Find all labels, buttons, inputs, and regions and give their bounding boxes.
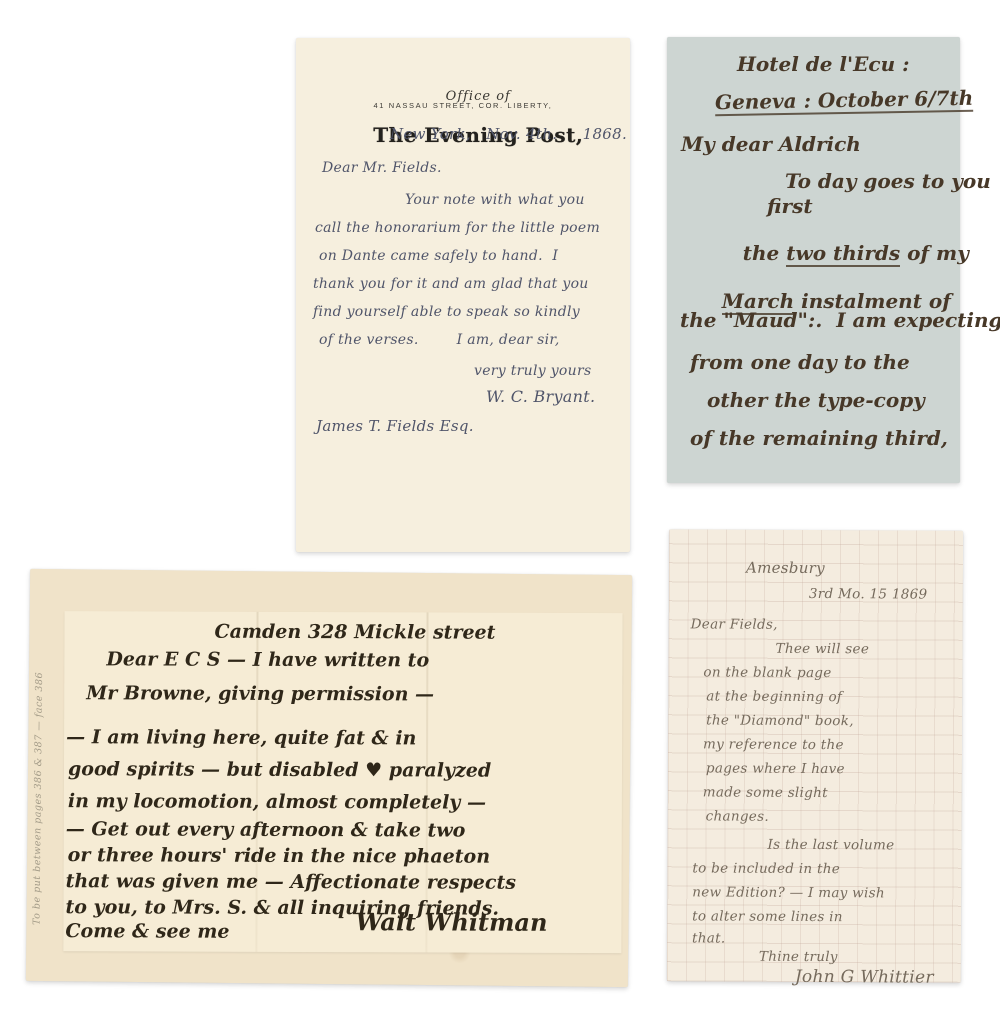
body-line: Come & see me <box>65 921 229 943</box>
heading-hotel: Hotel de l'Ecu : <box>737 53 909 76</box>
whitman-letter-sheet: Camden 328 Mickle street Dear E C S — I … <box>63 611 622 953</box>
heading-address: Camden 328 Mickle street <box>214 622 495 645</box>
whitman-letter-mount: To be put between pages 386 & 387 — face… <box>26 569 632 987</box>
body-line: — I am living here, quite fat & in <box>66 727 416 750</box>
salutation: My dear Aldrich <box>681 133 861 156</box>
closing: very truly yours <box>474 363 591 379</box>
body-line: To day goes to you <box>785 170 991 193</box>
body-line: in my locomotion, almost completely — <box>68 791 486 814</box>
body-line: the "Maud":. I am expecting <box>680 309 1000 332</box>
signature: John G Whittier <box>795 968 934 988</box>
body-line: my reference to the <box>703 737 844 753</box>
bryant-evening-post-letter: Office of The Evening Post, 41 NASSAU ST… <box>296 38 630 552</box>
body-line: pages where I have <box>706 761 845 777</box>
body-line: call the honorarium for the little poem <box>315 220 600 236</box>
body-line: on the blank page <box>703 665 831 681</box>
body-line: Dear E C S — I have written to <box>106 649 429 672</box>
body-line: Thee will see <box>776 642 870 658</box>
salutation: Dear Mr. Fields. <box>322 160 442 176</box>
body-line: of the remaining third, <box>690 427 948 450</box>
body-line-segment: the <box>743 241 786 265</box>
body-line: at the beginning of <box>706 689 842 705</box>
body-line: that was given me — Affectionate respect… <box>66 871 516 894</box>
body-line: Is the last volume <box>767 838 894 854</box>
body-line: or three hours' ride in the nice phaeton <box>68 845 490 868</box>
body-line: that. <box>692 931 725 947</box>
body-line: new Edition? — I may wish <box>692 885 885 902</box>
heading-date: 3rd Mo. 15 1869 <box>809 587 928 603</box>
body-line: made some slight <box>703 785 828 801</box>
signature: W. C. Bryant. <box>486 388 595 406</box>
body-line: other the type-copy <box>707 389 925 412</box>
aldrich-blue-letter: Hotel de l'Ecu : Geneva : October 6/7th … <box>667 37 960 483</box>
body-line: Mr Browne, giving permission — <box>86 683 434 706</box>
inserted-word: first <box>767 195 813 218</box>
body-line: to alter some lines in <box>692 909 843 925</box>
closing: Thine truly <box>759 950 838 966</box>
underlined-words: two thirds <box>786 241 900 267</box>
body-line: thank you for it and am glad that you <box>313 276 589 292</box>
heading-place: Amesbury <box>746 560 825 578</box>
photo-of-four-letters: Office of The Evening Post, 41 NASSAU ST… <box>0 0 1000 1018</box>
body-line: from one day to the <box>690 351 910 374</box>
body-line: of the verses. I am, dear sir, <box>319 332 560 348</box>
letterhead: Office of The Evening Post, <box>296 68 630 165</box>
body-line: the "Diamond" book, <box>706 713 854 729</box>
letterhead-address: 41 NASSAU STREET, COR. LIBERTY, <box>296 102 630 111</box>
salutation: Dear Fields, <box>691 617 778 633</box>
pencil-margin-note: To be put between pages 386 & 387 — face… <box>32 585 46 925</box>
body-line: to be included in the <box>692 861 840 877</box>
body-line: Your note with what you <box>405 192 585 208</box>
body-line: good spirits — but disabled ♥ paralyzed <box>68 759 491 782</box>
heading-geneva-date: Geneva : October 6/7th <box>715 87 974 117</box>
addressee: James T. Fields Esq. <box>316 418 474 435</box>
body-line: — Get out every afternoon & take two <box>66 819 466 842</box>
body-line: on Dante came safely to hand. I <box>319 248 558 264</box>
body-line: changes. <box>706 809 769 825</box>
body-line-segment: of my <box>900 241 969 265</box>
body-line: find yourself able to speak so kindly <box>313 304 580 320</box>
dateline: New York, Nov. 4th. 1868. <box>390 126 627 143</box>
signature: Walt Whitman <box>355 908 547 936</box>
whittier-letter: Amesbury 3rd Mo. 15 1869 Dear Fields, Th… <box>667 529 963 983</box>
